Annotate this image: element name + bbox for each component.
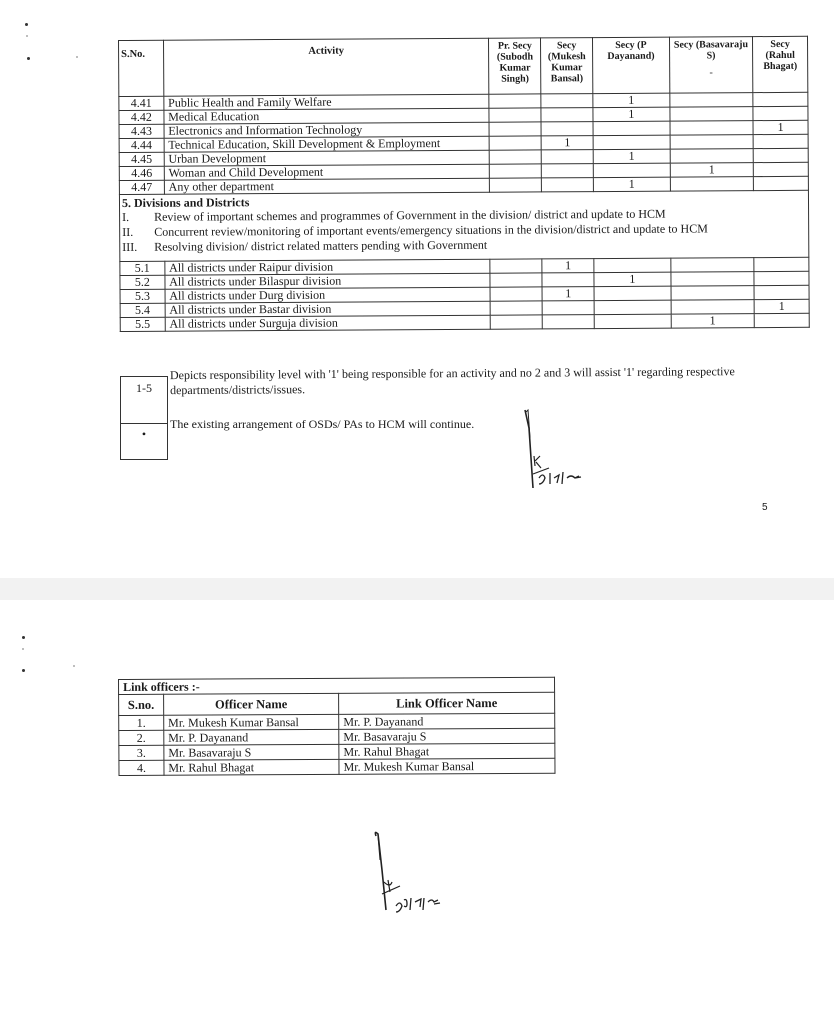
responsibility-level: 1 (593, 149, 670, 163)
responsibility-level (594, 314, 671, 328)
responsibility-level: 1 (593, 93, 670, 107)
header-link-officer-name: Link Officer Name (339, 692, 555, 714)
responsibility-level (670, 177, 754, 192)
row-sno: 5.5 (120, 317, 165, 331)
link-officer-name: Mr. P. Dayanand (339, 713, 555, 729)
list-number: I. (122, 210, 154, 225)
responsibility-level (593, 163, 670, 177)
responsibility-level: 1 (594, 272, 671, 286)
responsibility-level (490, 150, 542, 164)
header-officer: Secy (Rahul Bhagat) (753, 36, 808, 92)
table-row: 5.5All districts under Surguja division1 (120, 313, 809, 331)
scan-speck (22, 669, 25, 672)
responsibility-level (542, 164, 594, 178)
responsibility-level (542, 178, 594, 192)
officer-name: Mr. P. Dayanand (164, 729, 339, 745)
table-row: 4.Mr. Rahul BhagatMr. Mukesh Kumar Bansa… (119, 758, 555, 775)
row-sno: 5.2 (120, 275, 165, 289)
legend-key: 1-5 (121, 381, 167, 396)
responsibility-level (541, 94, 593, 108)
link-officer-name: Mr. Mukesh Kumar Bansal (339, 758, 555, 774)
link-officers-table: Link officers :- S.no. Officer Name Link… (118, 677, 556, 776)
responsibility-level (594, 258, 671, 272)
legend-key-box: 1-5 • (120, 376, 168, 460)
row-sno: 3. (119, 745, 164, 760)
responsibility-level (753, 134, 808, 148)
responsibility-level (541, 122, 593, 136)
header-officer: Pr. Secy (Subodh Kumar Singh) (489, 38, 541, 94)
header-sno: S.No. (119, 40, 164, 96)
responsibility-level (491, 301, 543, 315)
responsibility-level: 1 (671, 314, 755, 329)
row-sno: 5.1 (120, 261, 165, 275)
responsibility-level (541, 108, 593, 122)
header-officer: Secy (Basavaraju S) - (669, 37, 753, 94)
list-number: III. (122, 240, 154, 255)
responsibility-level (753, 92, 808, 106)
responsibility-level (489, 122, 541, 136)
row-sno: 2. (119, 730, 164, 745)
responsibility-level (670, 93, 754, 108)
scan-speck (76, 56, 78, 58)
row-sno: 5.3 (120, 289, 165, 303)
legend-text: Depicts responsibility level with '1' be… (170, 364, 780, 398)
responsibility-level (753, 162, 808, 176)
row-sno: 4.45 (119, 152, 164, 166)
page-number: 5 (762, 502, 768, 513)
responsibility-level (753, 106, 808, 120)
responsibility-level (754, 313, 809, 327)
link-officer-name: Mr. Basavaraju S (339, 728, 555, 744)
responsibility-level (670, 121, 754, 136)
responsibility-level (594, 286, 671, 300)
responsibility-level: 1 (593, 107, 670, 121)
header-sno: S.no. (119, 694, 164, 715)
page-separator (0, 578, 834, 600)
header-officer-label: Secy (Basavaraju S) (672, 39, 751, 61)
responsibility-level (542, 301, 594, 315)
row-sno: 5.4 (120, 303, 165, 317)
responsibility-level: 1 (541, 136, 593, 150)
responsibility-level (670, 149, 754, 164)
responsibility-level (593, 121, 670, 135)
responsibility-level (542, 315, 594, 329)
legend-key: • (121, 427, 167, 442)
responsibility-level (671, 300, 755, 315)
responsibility-level: 1 (670, 163, 754, 178)
row-sno: 4. (119, 760, 164, 775)
responsibility-level (754, 257, 809, 271)
list-number: II. (122, 225, 154, 240)
responsibility-level (490, 136, 542, 150)
responsibility-level (489, 94, 541, 108)
responsibility-level (754, 176, 809, 190)
scan-speck (26, 35, 28, 37)
responsibility-level: 1 (754, 299, 809, 313)
header-officer: Secy (P Dayanand) (593, 37, 670, 93)
officer-name: Mr. Mukesh Kumar Bansal (164, 714, 339, 730)
responsibility-level (670, 107, 754, 122)
responsibility-level (542, 273, 594, 287)
officer-name: Mr. Rahul Bhagat (164, 759, 339, 775)
responsibility-table: S.No. Activity Pr. Secy (Subodh Kumar Si… (118, 36, 810, 332)
responsibility-level: 1 (753, 120, 808, 134)
responsibility-level (671, 286, 755, 301)
scan-speck (73, 665, 75, 667)
header-officer: Secy (Mukesh Kumar Bansal) (541, 38, 593, 94)
row-sno: 4.44 (119, 138, 164, 152)
row-sno: 4.42 (119, 110, 164, 124)
document-page-5: S.No. Activity Pr. Secy (Subodh Kumar Si… (0, 0, 834, 578)
section-list-item: III.Resolving division/ district related… (122, 236, 806, 255)
responsibility-level (541, 150, 593, 164)
responsibility-level (490, 178, 542, 192)
scan-speck (22, 648, 24, 650)
scan-speck (25, 23, 28, 26)
responsibility-level (490, 164, 542, 178)
row-sno: 1. (119, 715, 164, 730)
responsibility-level (491, 315, 543, 329)
responsibility-level (754, 285, 809, 299)
responsibility-level (753, 148, 808, 162)
list-text: Resolving division/ district related mat… (154, 238, 487, 255)
signature-icon (366, 830, 466, 920)
responsibility-level: 1 (542, 259, 594, 273)
responsibility-level (671, 258, 755, 273)
header-activity: Activity (163, 38, 489, 96)
row-sno: 4.46 (119, 166, 164, 180)
responsibility-level (593, 135, 670, 149)
signature-icon (515, 408, 605, 493)
officer-name: Mr. Basavaraju S (164, 744, 339, 760)
row-sno: 4.43 (119, 124, 164, 138)
scan-speck (27, 57, 30, 60)
responsibility-level (594, 300, 671, 314)
legend-text: The existing arrangement of OSDs/ PAs to… (170, 417, 474, 432)
row-activity: All districts under Surguja division (165, 315, 491, 331)
row-sno: 4.47 (119, 180, 164, 194)
responsibility-level: 1 (593, 177, 670, 191)
responsibility-level (670, 135, 754, 150)
responsibility-level: 1 (542, 287, 594, 301)
responsibility-level (490, 273, 542, 287)
scan-speck (22, 636, 25, 639)
responsibility-level (754, 271, 809, 285)
link-officer-name: Mr. Rahul Bhagat (339, 743, 555, 759)
responsibility-level (490, 287, 542, 301)
section-5: 5. Divisions and Districts I.Review of i… (119, 190, 808, 261)
responsibility-level (671, 272, 755, 287)
row-sno: 4.41 (119, 96, 164, 110)
document-page-6 (0, 600, 834, 1024)
header-mark: - (672, 67, 751, 78)
responsibility-level (490, 259, 542, 273)
header-officer-name: Officer Name (164, 693, 339, 715)
responsibility-level (489, 108, 541, 122)
